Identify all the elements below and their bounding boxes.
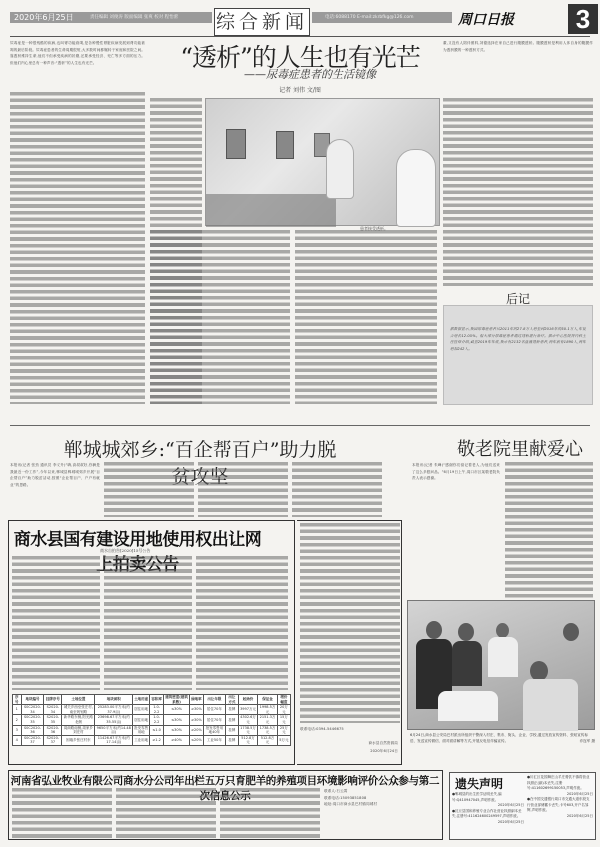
land-notice-phone: 联系电话:0394-5446675 [300, 726, 400, 734]
land-notice-date: 2020年6月24日 [300, 748, 398, 756]
issue-date: 2020年6月25日 [14, 12, 74, 23]
table-header-row: 序号 地块编号 挂牌序号 土地位置 地块面积 土地用途 容积率 建筑密度(建筑系… [13, 695, 291, 705]
lead-column-4 [443, 98, 593, 286]
section-title: 综合新闻 [214, 8, 310, 36]
afterword-title: 后记 [443, 290, 593, 307]
land-notice-col-1 [12, 556, 100, 690]
env-notice-col-1 [12, 788, 112, 838]
editors-line: 责任编辑 刘俊涛 版面编辑 张爽 校对 程怡蕾 [90, 13, 178, 22]
land-notice-col-3 [196, 556, 288, 690]
land-notice-number: 商水自拍告[2020]15号公告 [100, 548, 150, 554]
story2-lead: 本报讯(记者 张劲 通讯员 李义升)“嗨,高叔叔好,你俩是我最近一份工作”,今年… [10, 462, 100, 517]
story3-headline: 敬老院里献爱心 [445, 435, 595, 461]
lost-item: ●郸城县的出生医学证明丢失,编号:Q410947045,声明作废。 2020年6… [452, 792, 524, 825]
lead-column-1 [10, 92, 145, 404]
contact-line: 电话:6088170 E-mail:zkrbfkg@126.com [325, 13, 413, 22]
lead-right-top: 董,又没有人陪伴照料,刘德选择在家自己进行腹膜透析。腹膜透析是利用人体自身的腹膜… [443, 40, 593, 95]
paper-logo: 周口日报 [458, 9, 514, 29]
env-notice-col-2 [116, 788, 216, 838]
env-notice-col-4: 联系人:石云霄 联系电话:15093851808 地址:周口市商水县巴村镇同城村 [324, 788, 439, 838]
land-notice-col-2 [104, 556, 192, 690]
story3-lead: 本报讯(记者 朱峰)“感谢你们惦记着老人,为他们送来了这么多慰问品。”6月19日… [412, 462, 500, 602]
story2-col-2 [104, 462, 194, 517]
table-row: 2S0C2020-35S2020-35新华路东侧,阳光路北侧23698.67平方… [13, 715, 291, 725]
env-notice-col-3 [220, 788, 320, 838]
dialysis-photo [205, 98, 440, 226]
table-row: 4S0C2020-37S2020-37固墙乡张庄村东11426.67平方米(约1… [13, 735, 291, 745]
lead-subheadline: ——尿毒症患者的生活镜像 [200, 66, 420, 82]
section-divider [10, 425, 590, 426]
land-notice-issuer: 商水县自然资源局 [300, 740, 398, 748]
photo-credit: 乔连军 摄 [579, 739, 595, 745]
land-parcel-table: 序号 地块编号 挂牌序号 土地位置 地块面积 土地用途 容积率 建筑密度(建筑系… [12, 694, 291, 746]
lead-column-3 [295, 230, 437, 404]
land-notice-col-4 [300, 523, 400, 723]
story2-col-3 [198, 462, 288, 517]
table-row: 3S0C2020-36S2020-36周商路南侧,周家乡刘庄村9650平方米(约… [13, 725, 291, 735]
table-row: 1S0C2020-34S2020-34城关乡西至张庄村,南至规划路25283.0… [13, 705, 291, 715]
lead-intro: 尿毒症是一种很残酷的疾病,也叫肾功能衰竭,是各种慢性肾脏疾病发展到肾功能衰竭的最… [10, 40, 145, 90]
dialysis-photo-caption: 患者接受透析。 [360, 226, 388, 232]
afterword-box: 据数据显示,我国尿毒症患者从2011年的27.8万人增至到2016年的50.1万… [443, 305, 593, 405]
lead-byline: 记者 刘伟 文/图 [250, 85, 350, 94]
story3-col-2 [505, 462, 593, 602]
afterword-text: 据数据显示,我国尿毒症患者从2011年的27.8万人增至到2016年的50.1万… [450, 326, 586, 401]
police-photo-caption: 6月24日,商水县公安局巴村派出所组织干警深入村庄、集市、街头、企业、学校,通过… [410, 733, 595, 744]
lead-column-2 [150, 230, 290, 404]
police-photo [407, 600, 595, 730]
story2-col-4 [292, 462, 382, 517]
page-number: 3 [568, 4, 598, 34]
lost-item: ●川汇区花园舞庄山羊庄餐饮不慎将营业执照正(副)本丢失,注册号:41160269… [527, 775, 593, 819]
lost-notice-title: 遗失声明 [455, 775, 503, 792]
masthead-rule [10, 36, 590, 37]
